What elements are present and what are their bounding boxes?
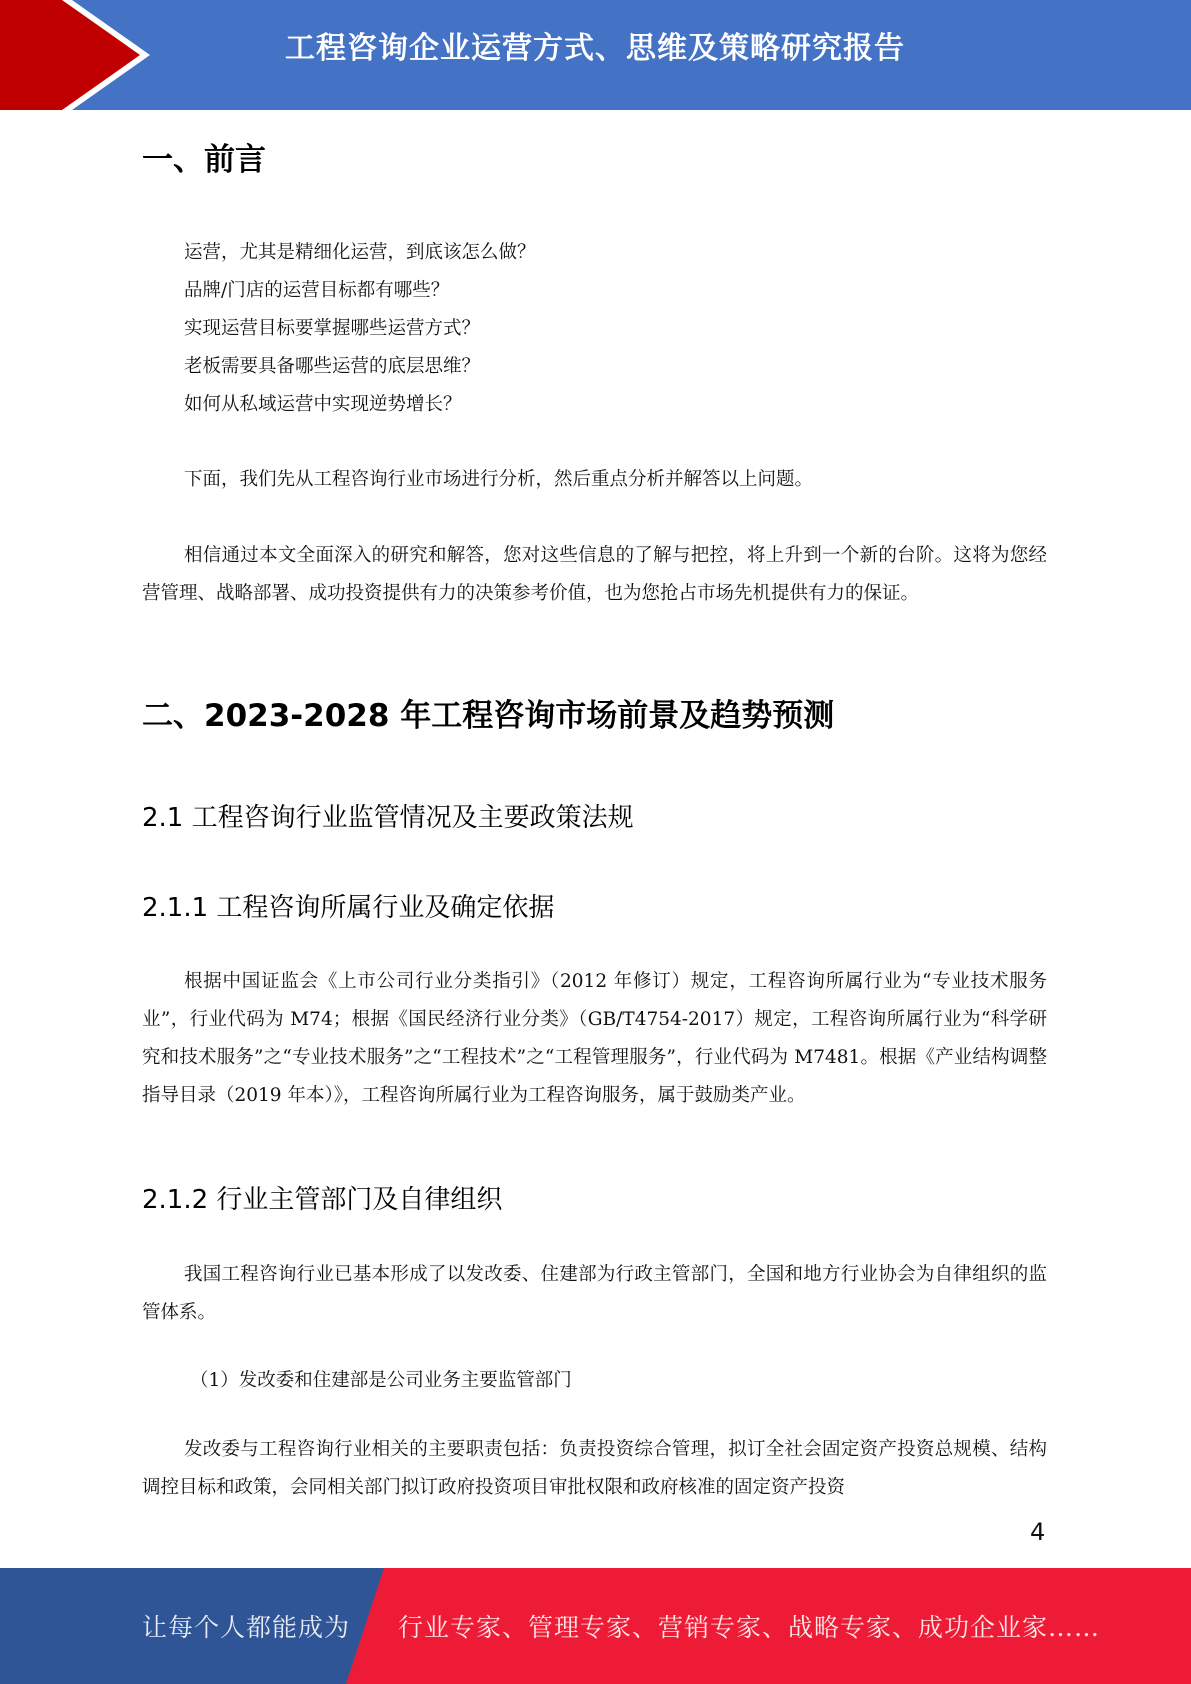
page-number: 4 bbox=[1030, 1518, 1045, 1546]
section-heading-preface: 一、前言 bbox=[142, 140, 266, 180]
subsection-heading-2-1: 2.1 工程咨询行业监管情况及主要政策法规 bbox=[142, 800, 634, 836]
footer-slogan-right: 行业专家、管理专家、营销专家、战略专家、成功企业家…… bbox=[398, 1608, 1100, 1644]
subsection-heading-2-1-2: 2.1.2 行业主管部门及自律组织 bbox=[142, 1182, 502, 1218]
red-arrow-icon bbox=[0, 0, 200, 110]
footer-band: 让每个人都能成为 行业专家、管理专家、营销专家、战略专家、成功企业家…… bbox=[0, 1568, 1191, 1684]
paragraph: 根据中国证监会《上市公司行业分类指引》（2012 年修订）规定，工程咨询所属行业… bbox=[142, 963, 1047, 1115]
paragraph: 下面，我们先从工程咨询行业市场进行分析，然后重点分析并解答以上问题。 bbox=[142, 461, 1047, 499]
paragraph: 我国工程咨询行业已基本形成了以发改委、住建部为行政主管部门，全国和地方行业协会为… bbox=[142, 1256, 1047, 1332]
report-title: 工程咨询企业运营方式、思维及策略研究报告 bbox=[285, 28, 905, 70]
list-item-heading: （1）发改委和住建部是公司业务主要监管部门 bbox=[190, 1362, 572, 1400]
question-item: 如何从私域运营中实现逆势增长？ bbox=[184, 386, 462, 424]
question-item: 运营，尤其是精细化运营，到底该怎么做？ bbox=[184, 234, 536, 272]
report-header-band: 工程咨询企业运营方式、思维及策略研究报告 bbox=[0, 0, 1191, 110]
section-heading-forecast: 二、2023-2028 年工程咨询市场前景及趋势预测 bbox=[142, 696, 834, 736]
question-item: 老板需要具备哪些运营的底层思维？ bbox=[184, 348, 480, 386]
paragraph: 相信通过本文全面深入的研究和解答，您对这些信息的了解与把控，将上升到一个新的台阶… bbox=[142, 537, 1047, 613]
question-item: 实现运营目标要掌握哪些运营方式？ bbox=[184, 310, 480, 348]
subsection-heading-2-1-1: 2.1.1 工程咨询所属行业及确定依据 bbox=[142, 890, 554, 926]
question-item: 品牌/门店的运营目标都有哪些？ bbox=[184, 272, 449, 310]
footer-slogan-left: 让每个人都能成为 bbox=[142, 1608, 350, 1644]
paragraph: 发改委与工程咨询行业相关的主要职责包括：负责投资综合管理，拟订全社会固定资产投资… bbox=[142, 1431, 1047, 1507]
